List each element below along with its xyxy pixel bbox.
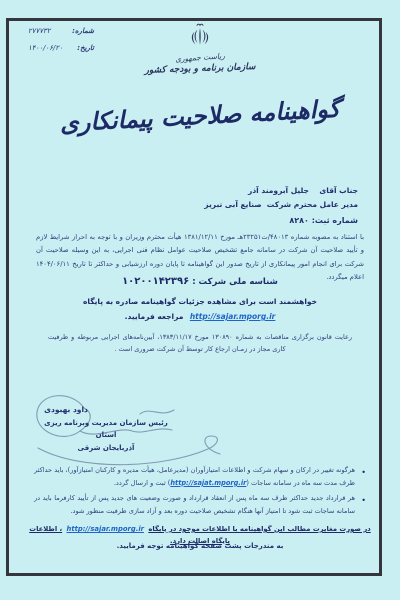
certificate-title: گواهینامه صلاحیت پیمانکاری [0, 92, 400, 141]
national-id-value: ۱۰۲۰۰۱۴۲۳۹۶ [122, 276, 189, 287]
bullet-icon: • [361, 493, 366, 509]
view-details-line: خواهشمند است برای مشاهده جزئیات گواهینام… [0, 297, 400, 306]
note-item-1: • هرگونه تغییر در ارکان و سهام شرکت و اط… [34, 464, 366, 490]
note-2-text: هر قرارداد جدید حداکثر ظرف سه ماه پس از … [34, 494, 355, 515]
warning-text-start: در صورت مغایرت مطالب این گواهینامه با اط… [148, 525, 370, 533]
addressee-name: جناب آقای جلیل آبرومند آذر [204, 184, 358, 198]
certificate-page: شماره: ۲۷۷۷۳۲ تاریخ: ۱۴۰۰/۰۶/۲۰ [0, 0, 400, 600]
org-header: ریاست جمهوری سازمان برنامه و بودجه کشور [0, 22, 400, 74]
sajat-url-link[interactable]: http://sajat.mporg.ir [170, 479, 246, 487]
bullet-icon: • [361, 465, 366, 481]
signatory-title: رئیس سازمان مدیریت وبرنامه ریزی استان [36, 417, 176, 442]
sajar-url-link[interactable]: http://sajar.mporg.ir [190, 312, 276, 321]
signatory-block: داود بهبودی رئیس سازمان مدیریت وبرنامه ر… [36, 403, 176, 454]
addressee-block: جناب آقای جلیل آبرومند آذر مدیر عامل محت… [204, 184, 358, 228]
visit-suffix-text: مراجعه فرمایید. [125, 312, 184, 321]
registration-number-row: شماره ثبت: ۸۲۸۰ [204, 213, 358, 228]
visit-url-line: http://sajar.mporg.ir مراجعه فرمایید. [0, 312, 400, 321]
signatory-province: آذربایجان شرقی [36, 442, 176, 455]
note-item-2: • هر قرارداد جدید حداکثر ظرف سه ماه پس ا… [34, 492, 366, 518]
addressee-role: مدیر عامل محترم شرکت صنایع آبی تبریز [204, 198, 358, 212]
signatory-name: داود بهبودی [0, 403, 136, 417]
sajar-url-footer-link[interactable]: http://sajar.mporg.ir [67, 525, 145, 533]
tender-law-note: رعایت قانون برگزاری مناقصات به شماره ۱۳۰… [48, 331, 352, 356]
registration-number-label: شماره ثبت: [312, 216, 358, 225]
national-id-label: شناسه ملی شرکت : [192, 277, 278, 287]
note-1-text-end: ) ثبت و ارسال گردد. [114, 479, 171, 487]
back-page-note: به مندرجات پشت صفحه گواهینامه توجه فرمای… [0, 542, 400, 550]
national-id-row: شناسه ملی شرکت : ۱۰۲۰۰۱۴۲۳۹۶ [0, 276, 400, 287]
conditions-notes: • هرگونه تغییر در ارکان و سهام شرکت و اط… [34, 464, 366, 519]
iran-national-emblem-icon [188, 33, 212, 52]
registration-number-value: ۸۲۸۰ [289, 216, 309, 225]
